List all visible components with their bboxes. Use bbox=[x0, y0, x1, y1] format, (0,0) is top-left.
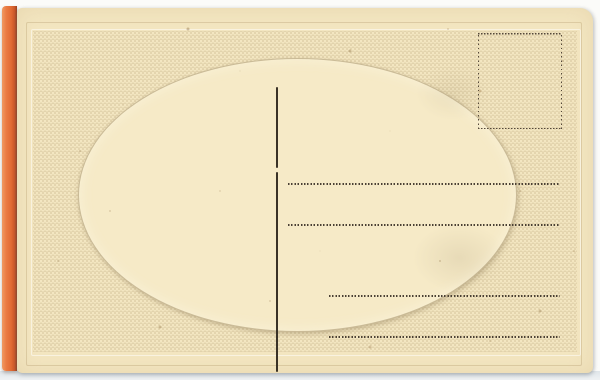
divider-line-lower bbox=[276, 172, 278, 372]
orange-deckle-edge bbox=[2, 6, 17, 371]
scanned-postcard-scene bbox=[0, 0, 600, 380]
embossed-oval-frame bbox=[78, 58, 517, 332]
address-dotted-line bbox=[288, 183, 560, 185]
postcard-back bbox=[17, 8, 593, 373]
stamp-box bbox=[478, 33, 562, 129]
divider-line-upper bbox=[276, 87, 278, 168]
address-dotted-line bbox=[329, 336, 560, 338]
address-dotted-line bbox=[329, 295, 560, 297]
foxing-speckles bbox=[17, 8, 19, 10]
address-dotted-line bbox=[288, 224, 560, 226]
